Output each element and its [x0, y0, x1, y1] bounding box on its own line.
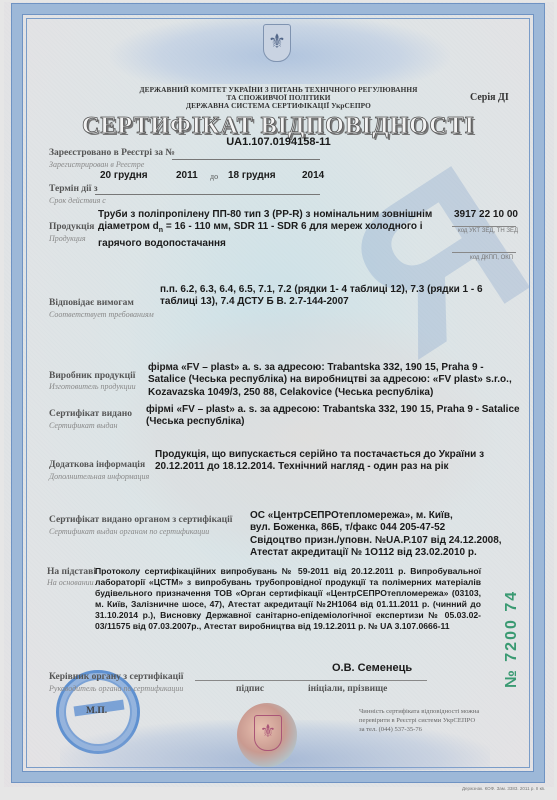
registry-label: Зареєстровано в Реєстрі за № — [49, 148, 175, 158]
signatory-name: О.В. Семенець — [332, 662, 412, 674]
additional-info-label-ru: Дополнительная информация — [49, 472, 149, 481]
trident-emblem-icon: ⚜ — [263, 24, 291, 62]
code2-line — [452, 252, 516, 253]
valid-to-word: до — [210, 172, 218, 181]
name-caption: ініціали, прізвище — [308, 684, 387, 694]
product-label-ru: Продукция — [49, 234, 86, 243]
printer-note: Держзнак. КОФ. Зам. 3383. 2011 р. II кв. — [462, 786, 545, 791]
issued-to-value: фірмі «FV – plast» a. s. за адресою: Tra… — [146, 404, 520, 429]
code-line — [452, 226, 516, 227]
basis-label-ru: На основании — [47, 578, 94, 587]
series-label: Серія ДІ — [470, 92, 509, 103]
issuing-body-label: Сертифікат видано органом з сертифікації — [49, 515, 232, 525]
signature-line — [195, 680, 427, 681]
product-code-label: код УКТ ЗЕД, ТН ЗЕД — [458, 228, 518, 234]
additional-info-value: Продукція, що випускається серійно та по… — [155, 449, 484, 474]
product-description: Труби з поліпропілену ПП-80 тип 3 (PP-R)… — [98, 209, 432, 250]
manufacturer-label: Виробник продукції — [49, 371, 135, 381]
product-line-2: діаметром dn = 16 - 110 мм, SDR 11 - SDR… — [98, 221, 432, 237]
product-line-3: гарячого водопостачання — [98, 238, 432, 250]
seal-label: М.П. — [86, 706, 107, 716]
certificate-number: UA1.107.0194158-11 — [0, 136, 557, 148]
product-code2-label: код ДКПП, ОКП — [470, 255, 513, 261]
signature-label: Керівник органу з сертифікації — [49, 672, 183, 682]
serial-number: № 7200 74 — [503, 590, 521, 688]
trident-hologram-icon: ⚜ — [254, 715, 282, 751]
manufacturer-value: фірма «FV – plast» a. s. за адресою: Tra… — [148, 362, 512, 399]
valid-from-year: 2011 — [176, 170, 198, 182]
signature-label-ru: Руководитель органа по сертификации — [49, 684, 183, 693]
validity-label: Термін дії з — [49, 184, 98, 194]
issued-to-label-ru: Сертификат выдан — [49, 421, 118, 430]
validity-label-ru: Срок действия с — [49, 196, 106, 205]
product-code: 3917 22 10 00 — [454, 209, 518, 221]
valid-to-day: 18 грудня — [228, 170, 276, 182]
basis-value: Протоколу сертифікаційних випробувань № … — [95, 566, 481, 632]
manufacturer-label-ru: Изготовитель продукции — [49, 382, 136, 391]
additional-info-label: Додаткова інформація — [49, 460, 145, 470]
valid-to-year: 2014 — [302, 170, 324, 182]
sign-caption: підпис — [236, 684, 264, 694]
issuing-body-value: ОС «ЦентрСЕПРОтепломережа», м. Київ, вул… — [250, 510, 502, 559]
valid-from-day: 20 грудня — [100, 170, 148, 182]
product-line-1: Труби з поліпропілену ПП-80 тип 3 (PP-R)… — [98, 209, 432, 221]
requirements-label-ru: Соответствует требованиям — [49, 310, 154, 319]
requirements-value: п.п. 6.2, 6.3, 6.4, 6.5, 7.1, 7.2 (рядки… — [160, 284, 483, 309]
issuing-body-label-ru: Сертификат выдан органом по сертификации — [49, 527, 209, 536]
registry-line — [172, 159, 320, 160]
issued-to-label: Сертифікат видано — [49, 409, 132, 419]
basis-label: На підставі — [47, 567, 96, 577]
validity-line — [95, 194, 320, 195]
product-label: Продукція — [49, 222, 94, 232]
requirements-label: Відповідає вимогам — [49, 298, 134, 308]
verification-note: Чинність сертифіката відповідності можна… — [359, 707, 479, 734]
registry-label-ru: Зарегистрирован в Реестре — [49, 160, 144, 169]
